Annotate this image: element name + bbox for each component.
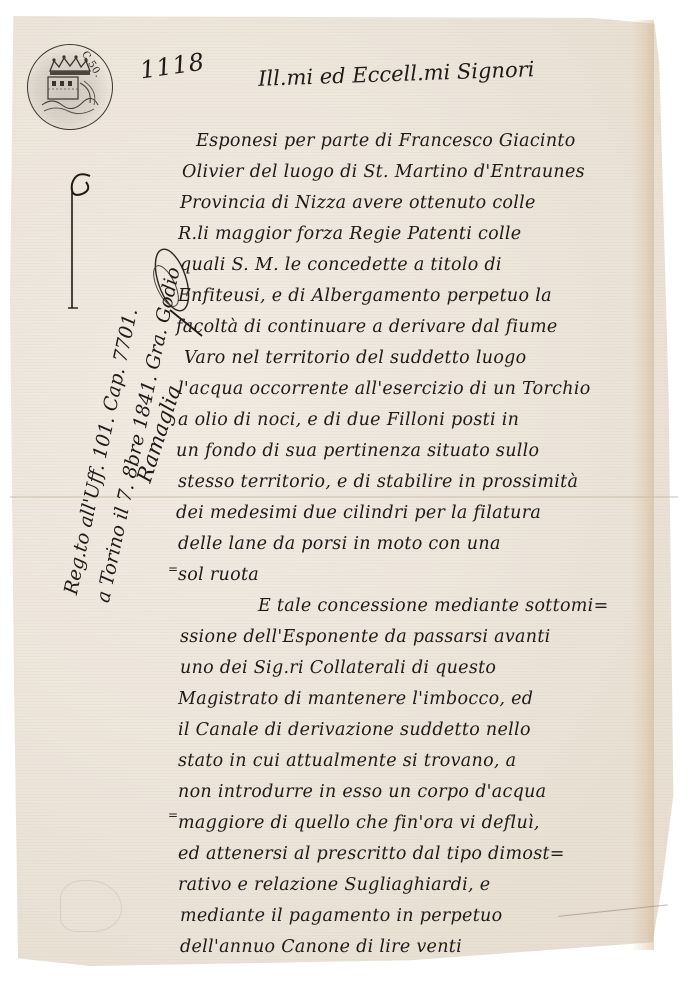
body-line: l'acqua occorrente all'esercizio di un T… — [178, 374, 658, 405]
body-line: rativo e relazione Sugliaghiardi, e — [178, 870, 658, 901]
body-line: stesso territorio, e di stabilire in pro… — [178, 467, 658, 498]
body-line: dei medesimi due cilindri per la filatur… — [176, 498, 656, 529]
coat-of-arms-icon — [28, 45, 112, 129]
body-line: dell'annuo Canone di lire venti — [180, 932, 660, 963]
body-line: delle lane da porsi in moto con una — [178, 529, 658, 560]
body-line: facoltà di continuare a derivare dal fiu… — [176, 312, 656, 343]
body-line: Varo nel territorio del suddetto luogo — [184, 343, 664, 374]
body-line: Enfiteusi, e di Albergamento perpetuo la — [178, 281, 658, 312]
manuscript-body: Esponesi per parte di Francesco Giacinto… — [174, 126, 654, 963]
body-line: ssione dell'Esponente da passarsi avanti — [180, 622, 660, 653]
body-line: maggiore di quello che fin'ora vi defluì… — [178, 808, 658, 839]
margin-flourish-mark — [60, 168, 100, 333]
body-line: un fondo di sua pertinenza situato sullo — [176, 436, 656, 467]
body-line: quali S. M. le concedette a titolo di — [180, 250, 660, 281]
body-line: sol ruota — [178, 560, 658, 591]
body-line: Magistrato di mantenere l'imbocco, ed — [178, 684, 658, 715]
body-line: uno dei Sig.ri Collaterali di questo — [180, 653, 660, 684]
body-line: Esponesi per parte di Francesco Giacinto — [196, 126, 676, 157]
body-line: il Canale di derivazione suddetto nello — [178, 715, 658, 746]
body-line: a olio di noci, e di due Filloni posti i… — [178, 405, 658, 436]
body-line: mediante il pagamento in perpetuo — [180, 901, 660, 932]
body-line: Olivier del luogo di St. Martino d'Entra… — [182, 157, 662, 188]
body-line: E tale concessione mediante sottomi= — [258, 591, 700, 622]
body-line: non introdurre in esso un corpo d'acqua — [178, 777, 658, 808]
body-line: Provincia di Nizza avere ottenuto colle — [180, 188, 660, 219]
tax-stamp-seal: C.50. — [27, 44, 113, 130]
body-line: ed attenersi al prescritto dal tipo dimo… — [178, 839, 658, 870]
body-line: stato in cui attualmente si trovano, a — [178, 746, 658, 777]
body-line: R.li maggior forza Regie Patenti colle — [178, 219, 658, 250]
